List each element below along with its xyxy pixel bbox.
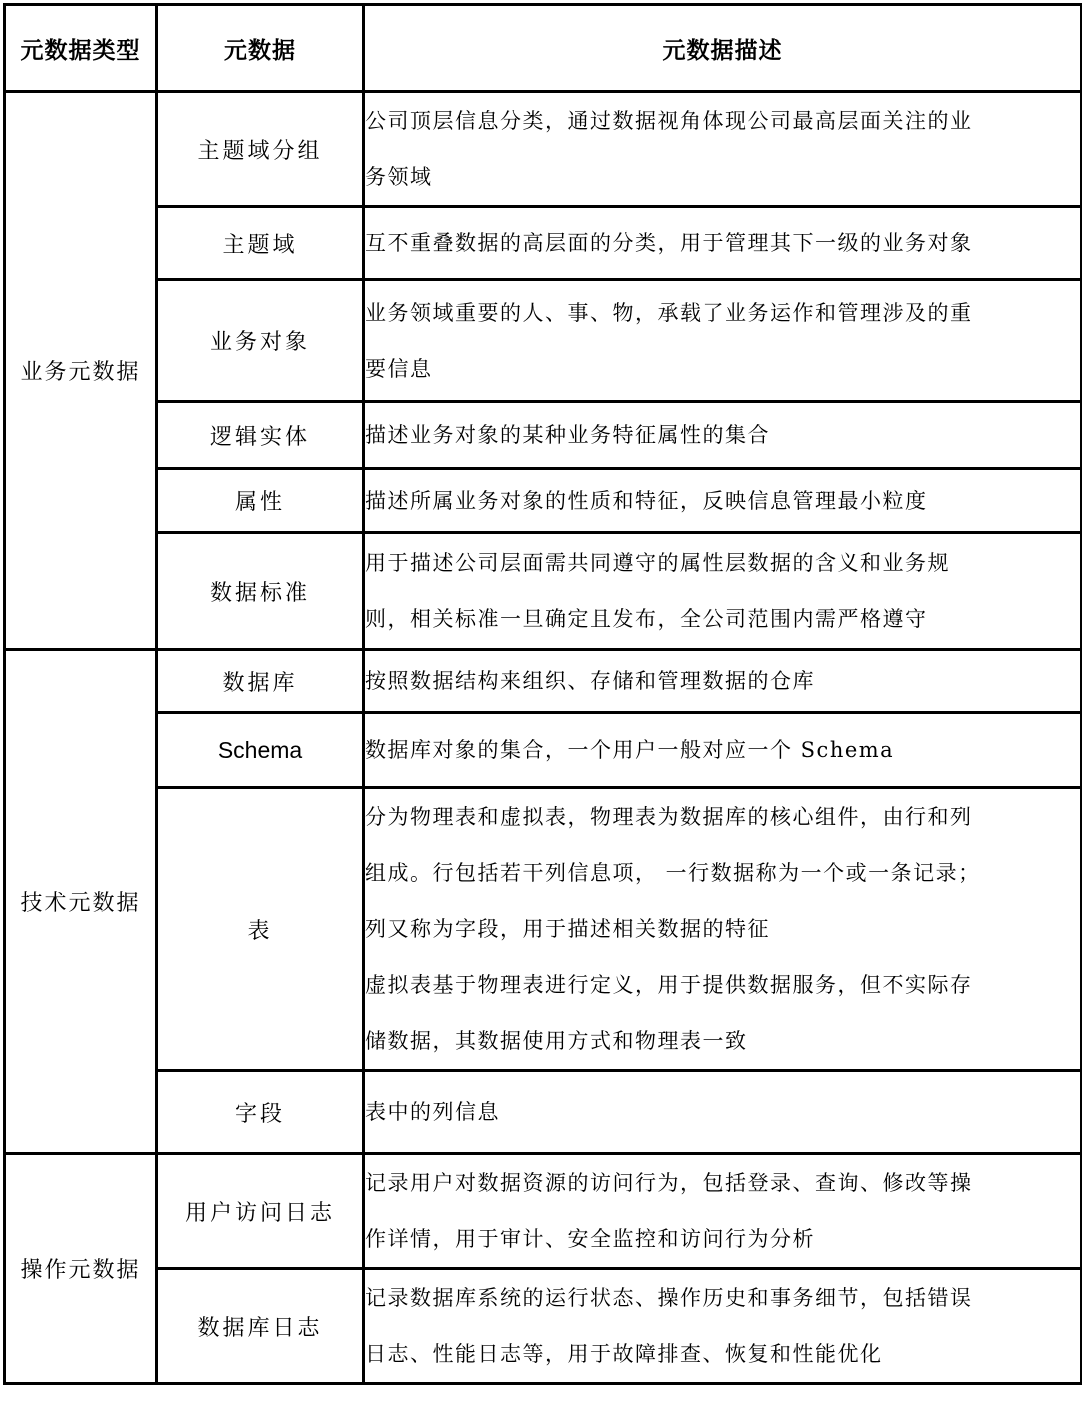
description-line: 记录用户对数据资源的访问行为，包括登录、查询、修改等操 — [365, 1155, 1080, 1211]
description-line: 则，相关标准一旦确定且发布，全公司范围内需严格遵守 — [365, 591, 1080, 647]
metadata-table: 元数据类型 元数据 元数据描述 业务元数据主题域分组公司顶层信息分类，通过数据视… — [3, 3, 1082, 1385]
metadata-description-cell: 互不重叠数据的高层面的分类，用于管理其下一级的业务对象 — [364, 207, 1082, 280]
description-line: 储数据，其数据使用方式和物理表一致 — [365, 1013, 1080, 1069]
metadata-type-business-metadata: 业务元数据 — [5, 92, 157, 650]
description-line: 公司顶层信息分类，通过数据视角体现公司最高层面关注的业 — [365, 93, 1080, 149]
description-line: 列又称为字段，用于描述相关数据的特征 — [365, 901, 1080, 957]
metadata-description-cell: 记录用户对数据资源的访问行为，包括登录、查询、修改等操作详情，用于审计、安全监控… — [364, 1154, 1082, 1269]
table-row: 逻辑实体描述业务对象的某种业务特征属性的集合 — [5, 402, 1082, 469]
description-line: 组成。行包括若干列信息项， 一行数据称为一个或一条记录； — [365, 845, 1080, 901]
description-line: 描述所属业务对象的性质和特征，反映信息管理最小粒度 — [365, 473, 1080, 529]
metadata-type-operational-metadata: 操作元数据 — [5, 1154, 157, 1384]
description-line: 作详情，用于审计、安全监控和访问行为分析 — [365, 1211, 1080, 1267]
table-row: 表分为物理表和虚拟表，物理表为数据库的核心组件，由行和列组成。行包括若干列信息项… — [5, 788, 1082, 1071]
description-line: 业务领域重要的人、事、物，承载了业务运作和管理涉及的重 — [365, 285, 1080, 341]
metadata-description-cell: 描述业务对象的某种业务特征属性的集合 — [364, 402, 1082, 469]
metadata-name-cell: 主题域 — [157, 207, 364, 280]
metadata-description-cell: 业务领域重要的人、事、物，承载了业务运作和管理涉及的重要信息 — [364, 280, 1082, 402]
description-line: 按照数据结构来组织、存储和管理数据的仓库 — [365, 653, 1080, 709]
table-row: 数据标准用于描述公司层面需共同遵守的属性层数据的含义和业务规则，相关标准一旦确定… — [5, 533, 1082, 650]
description-line: 务领域 — [365, 149, 1080, 205]
metadata-name-cell: 属性 — [157, 469, 364, 533]
metadata-name-cell: 业务对象 — [157, 280, 364, 402]
description-line: 虚拟表基于物理表进行定义，用于提供数据服务，但不实际存 — [365, 957, 1080, 1013]
header-metadata-type: 元数据类型 — [5, 5, 157, 92]
description-line: 记录数据库系统的运行状态、操作历史和事务细节，包括错误 — [365, 1270, 1080, 1326]
table-body: 业务元数据主题域分组公司顶层信息分类，通过数据视角体现公司最高层面关注的业务领域… — [5, 92, 1082, 1384]
description-line: 分为物理表和虚拟表，物理表为数据库的核心组件，由行和列 — [365, 789, 1080, 845]
metadata-name-cell: Schema — [157, 713, 364, 788]
metadata-type-technical-metadata: 技术元数据 — [5, 650, 157, 1154]
metadata-description-cell: 用于描述公司层面需共同遵守的属性层数据的含义和业务规则，相关标准一旦确定且发布，… — [364, 533, 1082, 650]
metadata-description-cell: 表中的列信息 — [364, 1071, 1082, 1154]
metadata-description-cell: 记录数据库系统的运行状态、操作历史和事务细节，包括错误日志、性能日志等，用于故障… — [364, 1269, 1082, 1384]
table-row: 技术元数据数据库按照数据结构来组织、存储和管理数据的仓库 — [5, 650, 1082, 713]
metadata-description-cell: 分为物理表和虚拟表，物理表为数据库的核心组件，由行和列组成。行包括若干列信息项，… — [364, 788, 1082, 1071]
table-row: 业务对象业务领域重要的人、事、物，承载了业务运作和管理涉及的重要信息 — [5, 280, 1082, 402]
description-line: 表中的列信息 — [365, 1084, 1080, 1140]
metadata-name-cell: 表 — [157, 788, 364, 1071]
metadata-name-cell: 主题域分组 — [157, 92, 364, 207]
metadata-name-cell: 逻辑实体 — [157, 402, 364, 469]
description-line: 互不重叠数据的高层面的分类，用于管理其下一级的业务对象 — [365, 215, 1080, 271]
metadata-description-cell: 按照数据结构来组织、存储和管理数据的仓库 — [364, 650, 1082, 713]
description-line: 数据库对象的集合，一个用户一般对应一个 Schema — [365, 722, 1080, 778]
table-row: 操作元数据用户访问日志记录用户对数据资源的访问行为，包括登录、查询、修改等操作详… — [5, 1154, 1082, 1269]
table-row: 数据库日志记录数据库系统的运行状态、操作历史和事务细节，包括错误日志、性能日志等… — [5, 1269, 1082, 1384]
description-line: 要信息 — [365, 341, 1080, 397]
table-row: Schema数据库对象的集合，一个用户一般对应一个 Schema — [5, 713, 1082, 788]
metadata-description-cell: 公司顶层信息分类，通过数据视角体现公司最高层面关注的业务领域 — [364, 92, 1082, 207]
metadata-name-cell: 用户访问日志 — [157, 1154, 364, 1269]
metadata-description-cell: 描述所属业务对象的性质和特征，反映信息管理最小粒度 — [364, 469, 1082, 533]
table-row: 属性描述所属业务对象的性质和特征，反映信息管理最小粒度 — [5, 469, 1082, 533]
header-metadata-description: 元数据描述 — [364, 5, 1082, 92]
table-row: 业务元数据主题域分组公司顶层信息分类，通过数据视角体现公司最高层面关注的业务领域 — [5, 92, 1082, 207]
metadata-description-cell: 数据库对象的集合，一个用户一般对应一个 Schema — [364, 713, 1082, 788]
metadata-name-cell: 数据标准 — [157, 533, 364, 650]
header-row: 元数据类型 元数据 元数据描述 — [5, 5, 1082, 92]
metadata-name-cell: 数据库 — [157, 650, 364, 713]
table-row: 字段表中的列信息 — [5, 1071, 1082, 1154]
header-metadata: 元数据 — [157, 5, 364, 92]
description-line: 描述业务对象的某种业务特征属性的集合 — [365, 407, 1080, 463]
metadata-name-cell: 字段 — [157, 1071, 364, 1154]
table-row: 主题域互不重叠数据的高层面的分类，用于管理其下一级的业务对象 — [5, 207, 1082, 280]
description-line: 日志、性能日志等，用于故障排查、恢复和性能优化 — [365, 1326, 1080, 1382]
description-line: 用于描述公司层面需共同遵守的属性层数据的含义和业务规 — [365, 535, 1080, 591]
metadata-name-cell: 数据库日志 — [157, 1269, 364, 1384]
